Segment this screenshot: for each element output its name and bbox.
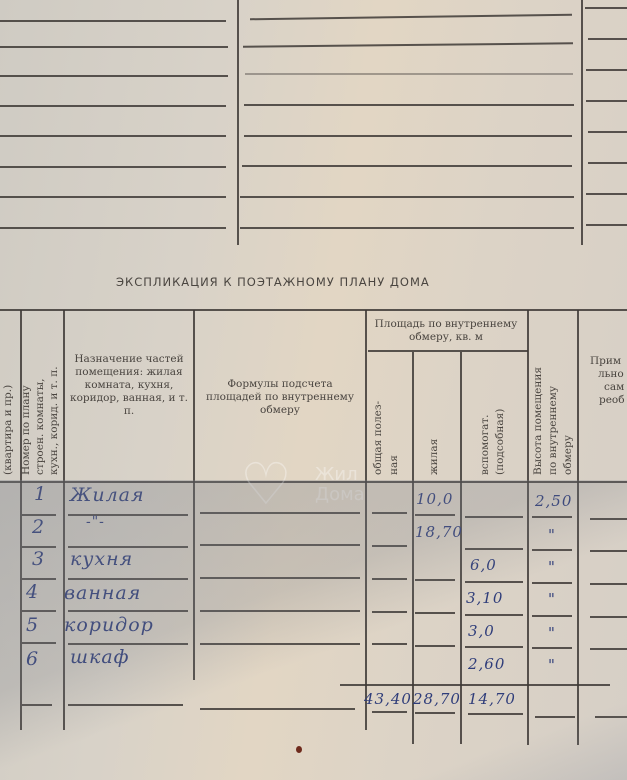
header-height-1: Высота помещения (532, 367, 545, 475)
header-note-2: льно (598, 368, 627, 381)
row-line (200, 544, 360, 546)
header-height-3: обмеру (562, 435, 575, 475)
row-line (595, 716, 627, 718)
row-line (465, 614, 523, 616)
area-group-underline (368, 350, 528, 352)
row-line (590, 616, 627, 618)
row-line (372, 578, 407, 580)
ruled-line (0, 105, 226, 107)
row-line (465, 516, 523, 518)
ruled-line (244, 135, 572, 137)
row-line (200, 643, 360, 645)
row-line (532, 647, 572, 649)
total-living: 28,70 (413, 690, 461, 708)
header-room-number-1: Номер по плану (20, 385, 33, 475)
ruled-line (240, 227, 574, 229)
ruled-line (585, 7, 627, 9)
header-height-2: по внутреннему (547, 386, 560, 475)
row-line (590, 550, 627, 552)
row-line (465, 646, 523, 648)
row-line (415, 514, 455, 516)
col-divider (193, 310, 195, 680)
col-divider (527, 310, 529, 745)
row-2-number: 2 (32, 516, 45, 538)
row-line (465, 548, 523, 550)
header-living: жилая (428, 439, 441, 475)
row-line (415, 712, 455, 714)
row-6-purpose: шкаф (70, 646, 130, 668)
row-5-height: " (548, 624, 556, 642)
row-line (415, 579, 455, 581)
row-line (200, 610, 360, 612)
upper-divider-1 (237, 0, 239, 245)
header-auxiliary-1: вспомогат. (479, 414, 492, 475)
row-line (532, 549, 572, 551)
header-note-3: сам (604, 381, 627, 394)
row-line (68, 704, 183, 706)
ruled-line (243, 42, 573, 47)
row-6-height: " (548, 656, 556, 674)
upper-divider-2 (581, 0, 583, 245)
row-4-height: " (548, 590, 556, 608)
document-title: ЭКСПЛИКАЦИЯ К ПОЭТАЖНОМУ ПЛАНУ ДОМА (116, 275, 430, 289)
row-line (532, 582, 572, 584)
row-4-number: 4 (26, 581, 39, 603)
row-6-number: 6 (26, 648, 39, 670)
row-line (22, 704, 52, 706)
row-line (372, 545, 407, 547)
ruled-line (586, 193, 627, 195)
col-divider (412, 352, 414, 744)
ruled-line (0, 46, 228, 48)
header-purpose: Назначение частей помещения: жилая комна… (66, 353, 192, 418)
row-line (590, 583, 627, 585)
row-4-auxiliary: 3,10 (466, 589, 503, 607)
ruled-line (586, 224, 627, 226)
ruled-line (250, 14, 572, 20)
ruled-line (586, 69, 627, 71)
watermark-text-2: Дома (315, 485, 365, 505)
col-divider (20, 310, 22, 730)
table-top-border (0, 309, 627, 311)
row-line (590, 648, 627, 650)
row-line (22, 578, 56, 580)
row-1-purpose: Жилая (70, 484, 145, 506)
row-line (372, 611, 407, 613)
ruled-line (0, 227, 226, 229)
ruled-line (242, 165, 572, 167)
row-3-auxiliary: 6,0 (470, 556, 497, 574)
col-divider (63, 310, 65, 730)
row-3-number: 3 (32, 548, 45, 570)
row-3-height: " (548, 558, 556, 576)
row-line (68, 610, 188, 612)
row-1-height: 2,50 (535, 492, 572, 510)
row-2-purpose: -"- (86, 514, 105, 530)
col-divider (577, 310, 579, 745)
ruled-line (0, 196, 226, 198)
header-apartment: (квартира и пр.) (2, 385, 15, 475)
col-divider (460, 352, 462, 744)
ruled-line (588, 131, 627, 133)
row-5-purpose: коридор (64, 614, 154, 636)
row-3-purpose: кухня (70, 548, 133, 570)
row-line (22, 642, 56, 644)
ruled-line (0, 75, 228, 77)
row-line (532, 516, 572, 518)
col-divider (365, 310, 367, 730)
header-formulas: Формулы подсчета площадей по внутреннему… (200, 378, 360, 417)
header-room-number-2: строен. комнаты, (34, 379, 47, 475)
row-line (22, 610, 56, 612)
header-auxiliary-2: (подсобная) (494, 409, 507, 475)
row-line (200, 708, 355, 710)
row-2-height: " (548, 526, 556, 544)
row-line (532, 615, 572, 617)
row-line (535, 716, 575, 718)
row-2-living: 18,70 (415, 523, 463, 541)
row-line (68, 643, 188, 645)
total-auxiliary: 14,70 (468, 690, 516, 708)
ink-stain (296, 746, 302, 753)
watermark-text-1: Жил (315, 465, 358, 485)
header-note-4: реоб (599, 394, 627, 407)
ruled-line (0, 166, 226, 168)
ruled-line (588, 38, 627, 40)
ruled-line (245, 73, 573, 75)
header-room-number-3: кухн., корид. и т. п. (48, 366, 61, 475)
row-line (372, 643, 407, 645)
row-6-auxiliary: 2,60 (468, 655, 505, 673)
row-5-number: 5 (26, 614, 39, 636)
header-note-1: Прим (590, 355, 627, 368)
row-line (372, 711, 407, 713)
heart-house-icon: ♡ (240, 455, 292, 513)
ruled-line (240, 196, 574, 198)
row-4-purpose: ванная (64, 582, 141, 604)
row-line (200, 577, 360, 579)
row-line (465, 581, 523, 583)
totals-line (340, 684, 610, 686)
row-line (590, 518, 627, 520)
row-line (415, 645, 455, 647)
row-1-number: 1 (34, 483, 47, 505)
ruled-line (0, 135, 226, 137)
ruled-line (244, 104, 574, 106)
ruled-line (588, 162, 627, 164)
row-1-living: 10,0 (416, 490, 453, 508)
watermark: ♡ Жил Дома (240, 455, 400, 515)
row-line (68, 578, 188, 580)
ruled-line (586, 100, 627, 102)
row-line (415, 612, 455, 614)
row-line (468, 713, 523, 715)
row-5-auxiliary: 3,0 (468, 622, 495, 640)
ruled-line (0, 20, 226, 22)
header-area-group: Площадь по внутреннему обмеру, кв. м (367, 318, 525, 344)
total-area: 43,40 (364, 690, 412, 708)
